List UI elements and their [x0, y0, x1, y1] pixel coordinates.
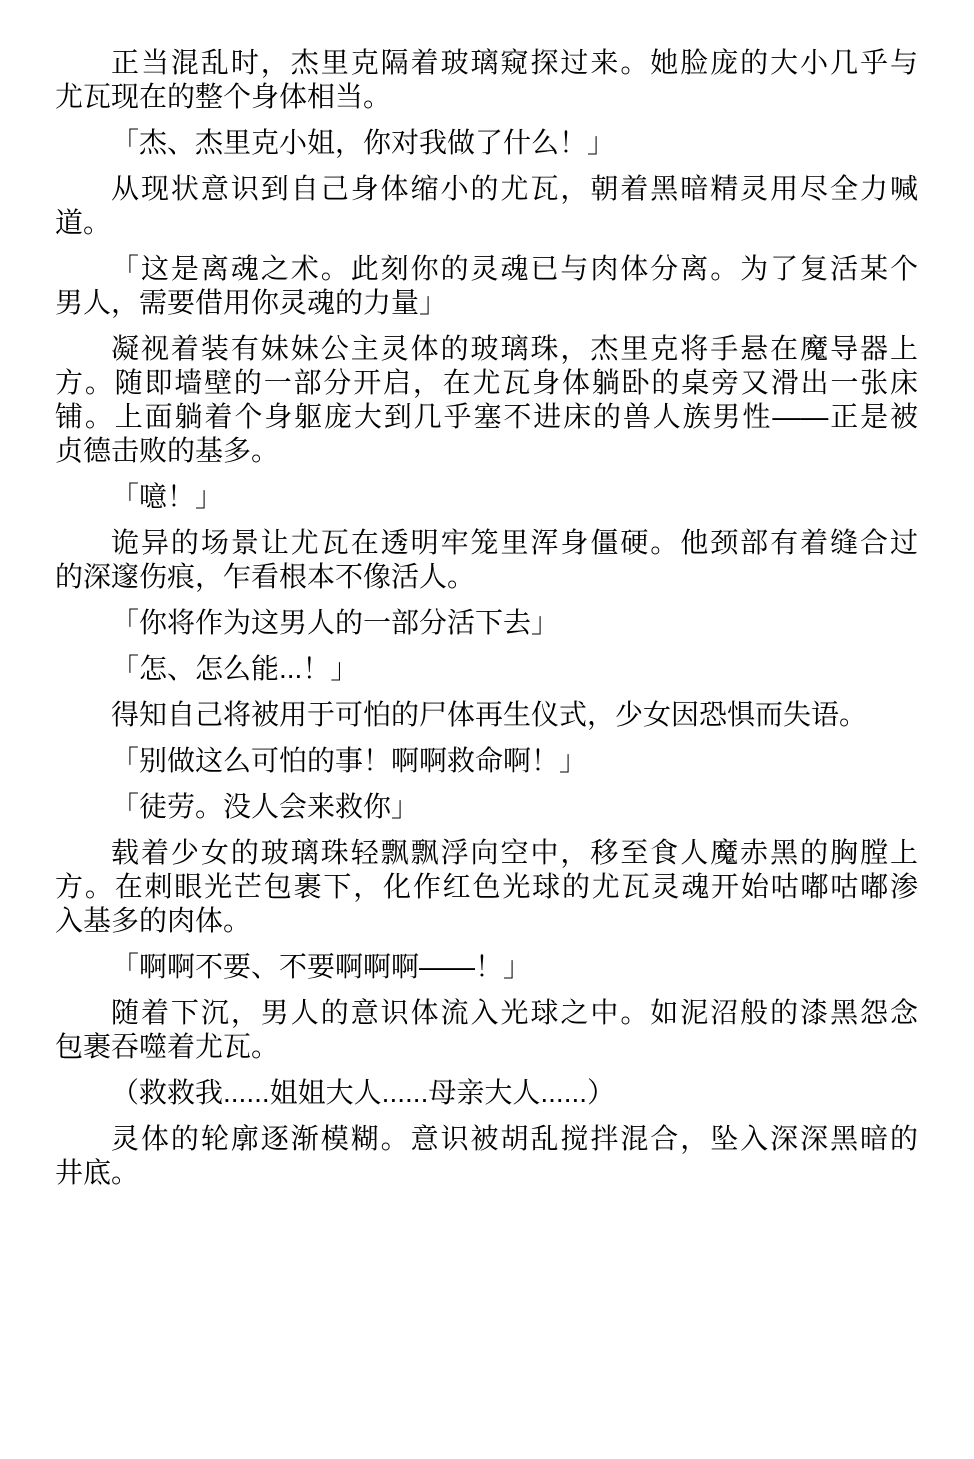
paragraph-2-dialogue: 「杰、杰里克小姐，你对我做了什么！」 — [55, 126, 918, 160]
text-line: 「怎、怎么能...！」 — [55, 652, 918, 686]
paragraph-1-narration: 正当混乱时，杰里克隔着玻璃窥探过来。她脸庞的大小几乎与尤瓦现在的整个身体相当。 — [55, 46, 918, 114]
text-line: 铺。上面躺着个身躯庞大到几乎塞不进床的兽人族男性——正是被 — [55, 400, 918, 434]
text-line: 道。 — [55, 206, 918, 240]
text-line: 「别做这么可怕的事！啊啊救命啊！」 — [55, 744, 918, 778]
text-line: 凝视着装有妹妹公主灵体的玻璃珠，杰里克将手悬在魔导器上 — [55, 332, 918, 366]
paragraph-9-dialogue: 「怎、怎么能...！」 — [55, 652, 918, 686]
text-line: 得知自己将被用于可怕的尸体再生仪式，少女因恐惧而失语。 — [55, 698, 918, 732]
paragraph-6-dialogue: 「噫！」 — [55, 480, 918, 514]
text-line: 「你将作为这男人的一部分活下去」 — [55, 606, 918, 640]
paragraph-3-narration: 从现状意识到自己身体缩小的尤瓦，朝着黑暗精灵用尽全力喊道。 — [55, 172, 918, 240]
text-line: 诡异的场景让尤瓦在透明牢笼里浑身僵硬。他颈部有着缝合过 — [55, 526, 918, 560]
paragraph-17-narration: 灵体的轮廓逐渐模糊。意识被胡乱搅拌混合，坠入深深黑暗的井底。 — [55, 1122, 918, 1190]
text-line: 包裹吞噬着尤瓦。 — [55, 1030, 918, 1064]
paragraph-7-narration: 诡异的场景让尤瓦在透明牢笼里浑身僵硬。他颈部有着缝合过的深邃伤痕，乍看根本不像活… — [55, 526, 918, 594]
paragraph-8-dialogue: 「你将作为这男人的一部分活下去」 — [55, 606, 918, 640]
text-line: 随着下沉，男人的意识体流入光球之中。如泥沼般的漆黑怨念 — [55, 996, 918, 1030]
text-line: 男人，需要借用你灵魂的力量」 — [55, 286, 918, 320]
paragraph-4-dialogue: 「这是离魂之术。此刻你的灵魂已与肉体分离。为了复活某个男人，需要借用你灵魂的力量… — [55, 252, 918, 320]
paragraph-12-dialogue: 「徒劳。没人会来救你」 — [55, 790, 918, 824]
paragraph-11-dialogue: 「别做这么可怕的事！啊啊救命啊！」 — [55, 744, 918, 778]
text-line: 「徒劳。没人会来救你」 — [55, 790, 918, 824]
paragraph-14-dialogue: 「啊啊不要、不要啊啊啊——！」 — [55, 950, 918, 984]
text-line: 井底。 — [55, 1156, 918, 1190]
text-line: 「噫！」 — [55, 480, 918, 514]
text-line: 入基多的肉体。 — [55, 904, 918, 938]
text-line: 从现状意识到自己身体缩小的尤瓦，朝着黑暗精灵用尽全力喊 — [55, 172, 918, 206]
paragraph-16-thought: （救救我......姐姐大人......母亲大人......） — [55, 1076, 918, 1110]
paragraph-5-narration: 凝视着装有妹妹公主灵体的玻璃珠，杰里克将手悬在魔导器上方。随即墙壁的一部分开启，… — [55, 332, 918, 468]
text-line: 方。在刺眼光芒包裹下，化作红色光球的尤瓦灵魂开始咕嘟咕嘟渗 — [55, 870, 918, 904]
paragraph-10-narration: 得知自己将被用于可怕的尸体再生仪式，少女因恐惧而失语。 — [55, 698, 918, 732]
text-line: 「啊啊不要、不要啊啊啊——！」 — [55, 950, 918, 984]
text-line: 正当混乱时，杰里克隔着玻璃窥探过来。她脸庞的大小几乎与 — [55, 46, 918, 80]
paragraph-13-narration: 载着少女的玻璃珠轻飘飘浮向空中，移至食人魔赤黑的胸膛上方。在刺眼光芒包裹下，化作… — [55, 836, 918, 938]
text-line: 「杰、杰里克小姐，你对我做了什么！」 — [55, 126, 918, 160]
novel-page: 正当混乱时，杰里克隔着玻璃窥探过来。她脸庞的大小几乎与尤瓦现在的整个身体相当。「… — [0, 0, 974, 1459]
text-line: 方。随即墙壁的一部分开启，在尤瓦身体躺卧的桌旁又滑出一张床 — [55, 366, 918, 400]
text-line: （救救我......姐姐大人......母亲大人......） — [55, 1076, 918, 1110]
text-line: 「这是离魂之术。此刻你的灵魂已与肉体分离。为了复活某个 — [55, 252, 918, 286]
paragraph-15-narration: 随着下沉，男人的意识体流入光球之中。如泥沼般的漆黑怨念包裹吞噬着尤瓦。 — [55, 996, 918, 1064]
text-line: 载着少女的玻璃珠轻飘飘浮向空中，移至食人魔赤黑的胸膛上 — [55, 836, 918, 870]
text-line: 贞德击败的基多。 — [55, 434, 918, 468]
text-line: 灵体的轮廓逐渐模糊。意识被胡乱搅拌混合，坠入深深黑暗的 — [55, 1122, 918, 1156]
text-line: 尤瓦现在的整个身体相当。 — [55, 80, 918, 114]
text-line: 的深邃伤痕，乍看根本不像活人。 — [55, 560, 918, 594]
novel-text: 正当混乱时，杰里克隔着玻璃窥探过来。她脸庞的大小几乎与尤瓦现在的整个身体相当。「… — [0, 0, 974, 1190]
